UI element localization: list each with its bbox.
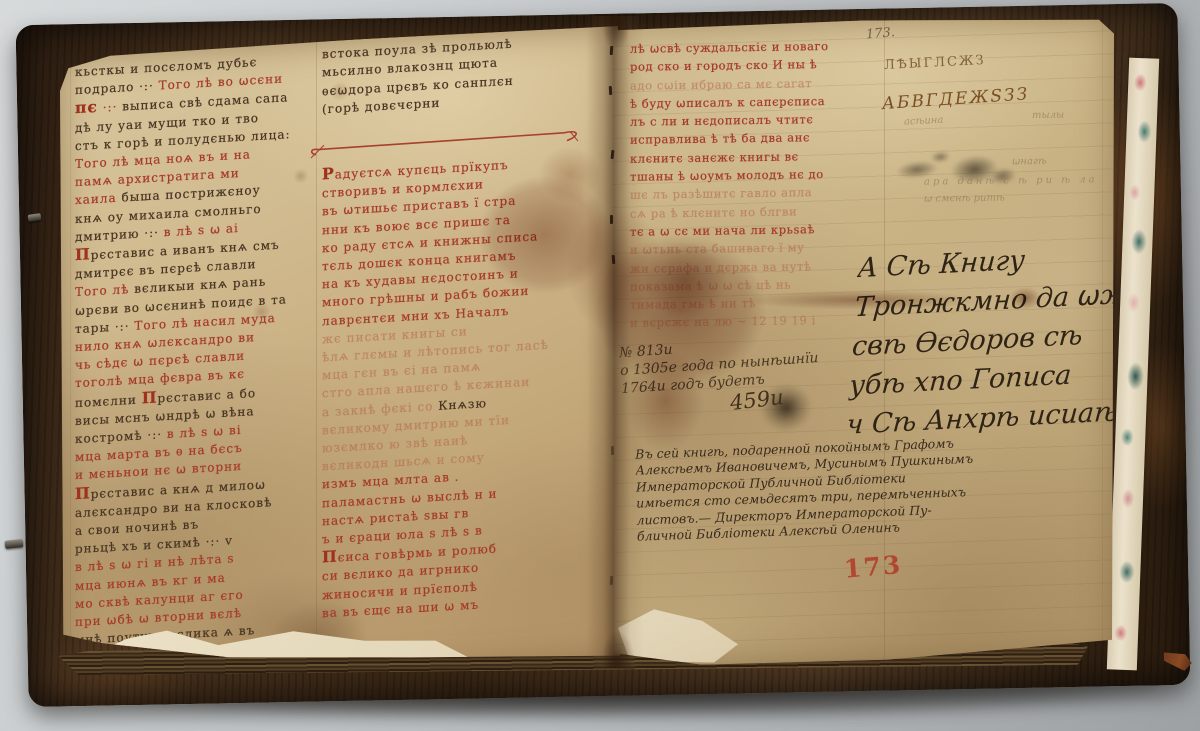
pen-trial-row: ЛѢЫГЛСЖЗ — [884, 53, 986, 73]
stitch — [610, 46, 614, 55]
folio-number-ink: 173. — [866, 25, 896, 42]
stitch — [609, 86, 612, 95]
large-stain — [430, 120, 1090, 450]
clasp-peg-lower — [5, 539, 24, 549]
left-column-1-text: кьсткы и посєломъ дубьєподрало ·:· Того … — [75, 50, 315, 650]
stitch — [610, 576, 613, 585]
folio-number-stamp: 173 — [843, 550, 903, 584]
margin-rule — [70, 55, 71, 691]
photo-background: кьсткы и посєломъ дубьєподрало ·:· Того … — [0, 0, 1200, 731]
left-column-2-top-text: встока поула зѣ прольюлѣмьсилно влакознц… — [322, 31, 580, 119]
alphabet-scribble: АБВГДЕЖЅЗЗ — [882, 84, 1030, 114]
column-rule — [316, 42, 317, 678]
